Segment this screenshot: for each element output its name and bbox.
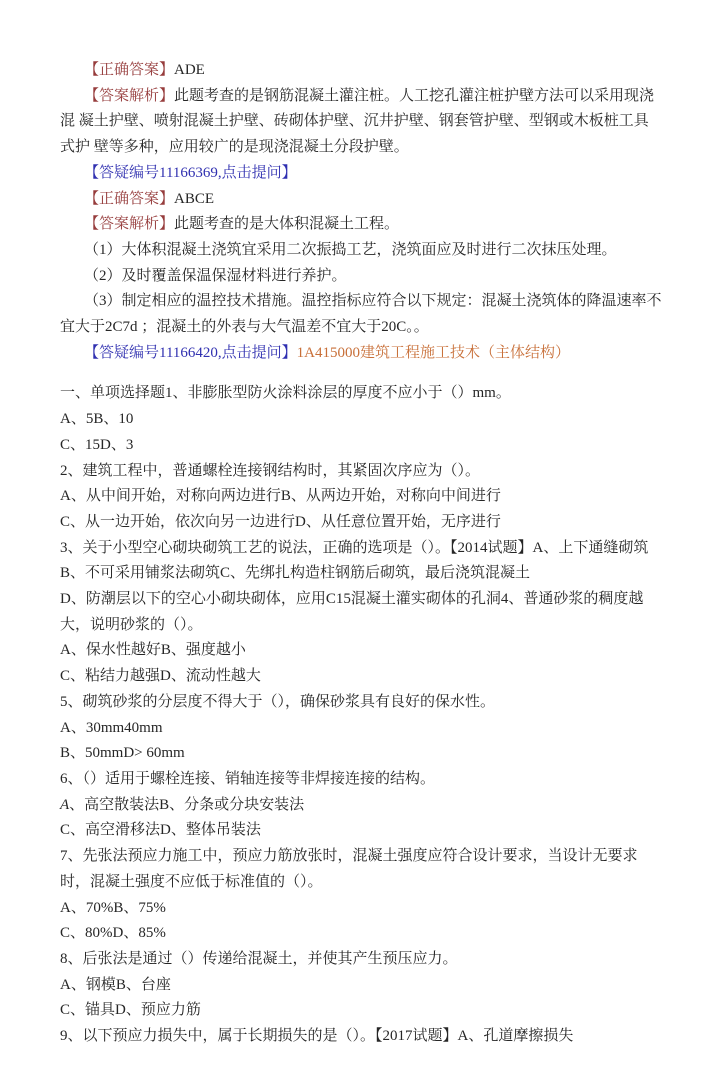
text-segment: C、80%D、85% [60, 925, 166, 941]
analysis-paragraph: 【答案解析】此题考查的是大体积混凝土工程。 [60, 212, 662, 238]
answer-line: 【正确答案】ABCE [60, 187, 662, 213]
text-segment: C、15D、3 [60, 437, 133, 453]
text-segment: A、从中间开始，对称向两边进行B、从两边开始，对称向中间进行 [60, 488, 501, 504]
question-line: 5、砌筑砂浆的分层度不得大于（），确保砂浆具有良好的保水性。 [60, 690, 662, 716]
text-segment: A、保水性越好B、强度越小 [60, 642, 246, 658]
text-segment: C、粘结力越强D、流动性越大 [60, 668, 261, 684]
text-segment: 【答案解析】 [84, 88, 174, 104]
text-segment: C、锚具D、预应力筋 [60, 1002, 201, 1018]
option-line: C、高空滑移法D、整体吊装法 [60, 818, 662, 844]
question-line: 6、（）适用于螺栓连接、销轴连接等非焊接连接的结构。 [60, 767, 662, 793]
analysis-item: （1）大体积混凝土浇筑宜采用二次振捣工艺，浇筑面应及时进行二次抹压处理。 [60, 238, 662, 264]
qa-link[interactable]: 【答疑编号11166369,点击提问】 [84, 165, 297, 181]
text-segment: 一、单项选择题1、非膨胀型防火涂料涂层的厚度不应小于（）mm。 [60, 385, 511, 401]
option-line: A、30mm40mm [60, 716, 662, 742]
text-segment: C、高空滑移法D、整体吊装法 [60, 822, 261, 838]
text-segment: 9、以下预应力损失中，属于长期损失的是（）。【2017试题】A、孔道摩擦损失 [60, 1028, 573, 1044]
text-segment: 【正确答案】 [84, 191, 174, 207]
analysis-item: （2）及时覆盖保温保湿材料进行养护。 [60, 264, 662, 290]
text-segment: A、70%B、75% [60, 900, 166, 916]
text-segment: A、钢模B、台座 [60, 977, 171, 993]
text-segment: 7、先张法预应力施工中，预应力筋放张时，混凝土强度应符合设计要求，当设计无要求 … [60, 848, 641, 890]
text-segment: 、高空散装法B、分条或分块安装法 [69, 797, 304, 813]
option-line: A、高空散装法B、分条或分块安装法 [60, 793, 662, 819]
text-segment: 3、关于小型空心砌块砌筑工艺的说法，正确的选项是（）。【2014试题】A、上下通… [60, 540, 648, 556]
option-line: A、5B、10 [60, 407, 662, 433]
qa-link[interactable]: 【答疑编号11166420,点击提问】 [84, 345, 297, 361]
option-line: A、保水性越好B、强度越小 [60, 638, 662, 664]
text-segment: C、从一边开始，依次向另一边进行D、从任意位置开始，无序进行 [60, 514, 501, 530]
text-segment: 6、（）适用于螺栓连接、销轴连接等非焊接连接的结构。 [60, 771, 435, 787]
text-segment: B、不可采用铺浆法砌筑C、先绑扎构造柱钢筋后砌筑，最后浇筑混凝土 [60, 565, 530, 581]
text-segment: A、5B、10 [60, 411, 133, 427]
text-segment: 8、后张法是通过（）传递给混凝土，并使其产生预压应力。 [60, 951, 458, 967]
question-line: 2、建筑工程中，普通螺栓连接钢结构时，其紧固次序应为（）。 [60, 459, 662, 485]
text-segment: 2、建筑工程中，普通螺栓连接钢结构时，其紧固次序应为（）。 [60, 463, 480, 479]
text-segment: A [60, 797, 69, 813]
text-segment: ADE [174, 62, 205, 78]
text-segment: 此题考查的是大体积混凝土工程。 [174, 216, 399, 232]
qa-link-line: 【答疑编号11166420,点击提问】1A415000建筑工程施工技术（主体结构… [60, 341, 662, 367]
option-line: C、粘结力越强D、流动性越大 [60, 664, 662, 690]
text-segment: （3）制定相应的温控技术措施。温控指标应符合以下规定：混凝土浇筑体的降温速率不宜… [60, 293, 662, 335]
option-line: C、锚具D、预应力筋 [60, 998, 662, 1024]
option-line: A、70%B、75% [60, 896, 662, 922]
text-segment: D、防潮层以下的空心小砌块砌体，应用C15混凝土灌实砌体的孔洞4、普通砂浆的稠度… [60, 591, 643, 633]
text-segment: （1）大体积混凝土浇筑宜采用二次振捣工艺，浇筑面应及时进行二次抹压处理。 [84, 242, 617, 258]
option-line: C、80%D、85% [60, 921, 662, 947]
option-line: C、从一边开始，依次向另一边进行D、从任意位置开始，无序进行 [60, 510, 662, 536]
option-line: B、50mmD> 60mm [60, 741, 662, 767]
section-heading: 一、单项选择题1、非膨胀型防火涂料涂层的厚度不应小于（）mm。 [60, 381, 662, 407]
option-line: A、钢模B、台座 [60, 973, 662, 999]
text-segment: 5、砌筑砂浆的分层度不得大于（），确保砂浆具有良好的保水性。 [60, 694, 495, 710]
option-line: B、不可采用铺浆法砌筑C、先绑扎构造柱钢筋后砌筑，最后浇筑混凝土 [60, 561, 662, 587]
text-segment: ABCE [174, 191, 214, 207]
question-line: 9、以下预应力损失中，属于长期损失的是（）。【2017试题】A、孔道摩擦损失 [60, 1024, 662, 1050]
text-segment: 【答案解析】 [84, 216, 174, 232]
qa-link-line: 【答疑编号11166369,点击提问】 [60, 161, 662, 187]
text-segment: （2）及时覆盖保温保湿材料进行养护。 [84, 268, 347, 284]
question-line: D、防潮层以下的空心小砌块砌体，应用C15混凝土灌实砌体的孔洞4、普通砂浆的稠度… [60, 587, 662, 638]
text-segment: A、30mm40mm [60, 720, 163, 736]
document-page: 【正确答案】ADE【答案解析】此题考查的是钢筋混凝土灌注桩。人工挖孔灌注桩护壁方… [0, 0, 722, 1080]
text-segment: B、50mmD> 60mm [60, 745, 185, 761]
option-line: A、从中间开始，对称向两边进行B、从两边开始，对称向中间进行 [60, 484, 662, 510]
question-line: 7、先张法预应力施工中，预应力筋放张时，混凝土强度应符合设计要求，当设计无要求 … [60, 844, 662, 895]
analysis-item: （3）制定相应的温控技术措施。温控指标应符合以下规定：混凝土浇筑体的降温速率不宜… [60, 289, 662, 340]
text-segment: 【正确答案】 [84, 62, 174, 78]
answer-line: 【正确答案】ADE [60, 58, 662, 84]
question-line: 3、关于小型空心砌块砌筑工艺的说法，正确的选项是（）。【2014试题】A、上下通… [60, 536, 662, 562]
question-line: 8、后张法是通过（）传递给混凝土，并使其产生预压应力。 [60, 947, 662, 973]
option-line: C、15D、3 [60, 433, 662, 459]
topic-link[interactable]: 1A415000建筑工程施工技术（主体结构） [297, 345, 570, 361]
analysis-paragraph: 【答案解析】此题考查的是钢筋混凝土灌注桩。人工挖孔灌注桩护壁方法可以采用现浇混 … [60, 84, 662, 161]
